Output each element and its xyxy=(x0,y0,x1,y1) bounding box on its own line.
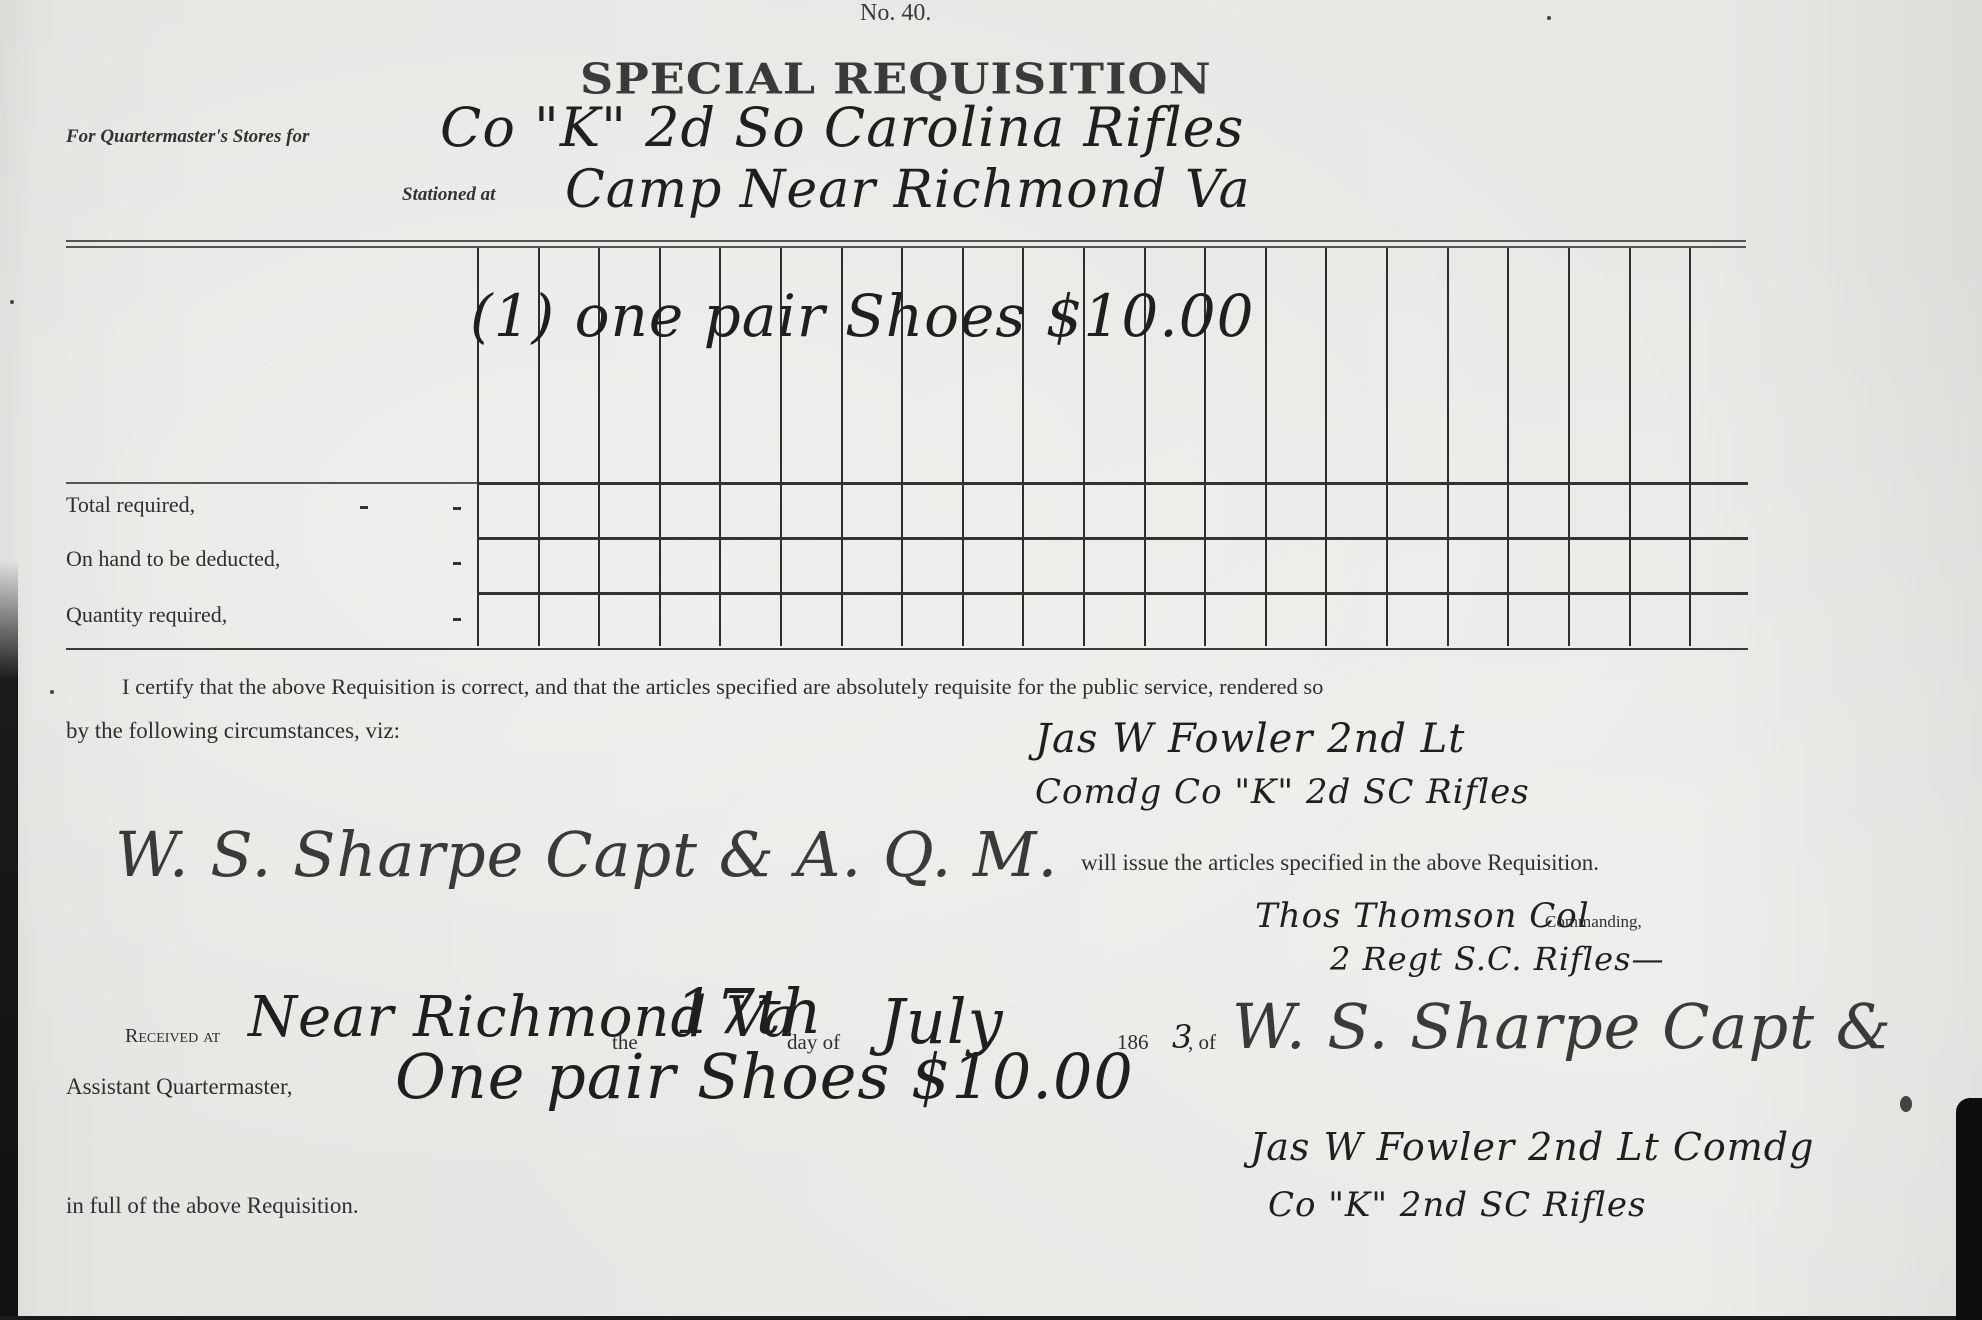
table-column-line xyxy=(1447,248,1449,646)
in-full-label: in full of the above Requisition. xyxy=(66,1193,359,1219)
margin-dot xyxy=(50,690,54,694)
line-item-entry: (1) one pair Shoes $10.00 xyxy=(470,282,1255,350)
certifier-signature-line2: Comdg Co "K" 2d SC Rifles xyxy=(1035,772,1530,812)
row-label-total-required: Total required, xyxy=(66,492,195,518)
ink-blot xyxy=(1900,1096,1912,1112)
stores-for-label: For Quartermaster's Stores for xyxy=(66,126,309,148)
scan-edge-left xyxy=(0,560,18,1320)
commander-unit: 2 Regt S.C. Rifles— xyxy=(1330,940,1664,978)
table-column-line xyxy=(1568,248,1570,646)
scan-edge-right xyxy=(1956,1098,1982,1320)
items-received: One pair Shoes $10.00 xyxy=(395,1040,1134,1113)
table-column-line xyxy=(1265,248,1267,646)
receipt-from-officer: W. S. Sharpe Capt & xyxy=(1232,990,1892,1063)
scan-edge-bottom xyxy=(0,1316,1982,1320)
certifier-signature-line1: Jas W Fowler 2nd Lt xyxy=(1035,716,1465,762)
receipt-signature-line2: Co "K" 2nd SC Rifles xyxy=(1268,1185,1647,1225)
commanding-label: Commanding, xyxy=(1545,912,1642,932)
certification-text-line2: by the following circumstances, viz: xyxy=(66,718,400,744)
of-label: , of xyxy=(1188,1030,1216,1055)
certification-text-line1: I certify that the above Requisition is … xyxy=(122,674,1323,700)
table-column-line xyxy=(1325,248,1327,646)
assistant-quartermaster-label: Assistant Quartermaster, xyxy=(66,1074,292,1100)
table-column-line xyxy=(1386,248,1388,646)
commander-signature: Thos Thomson Col xyxy=(1255,896,1590,936)
leader-dash xyxy=(453,562,461,565)
stores-for-value: Co "K" 2d So Carolina Rifles xyxy=(440,96,1244,159)
form-number: No. 40. xyxy=(860,0,931,27)
row-label-quantity-required: Quantity required, xyxy=(66,602,227,628)
ink-speck xyxy=(1547,16,1551,20)
received-at-label: Received at xyxy=(125,1025,220,1048)
issuing-officer: W. S. Sharpe Capt & A. Q. M. xyxy=(115,818,1058,891)
issue-order-text: will issue the articles specified in the… xyxy=(1081,850,1599,876)
label-column-rule xyxy=(66,482,477,484)
row-label-on-hand: On hand to be deducted, xyxy=(66,546,280,572)
stationed-at-value: Camp Near Richmond Va xyxy=(565,160,1251,220)
table-column-line xyxy=(1689,248,1691,646)
leader-dash xyxy=(453,618,461,621)
receipt-signature-line1: Jas W Fowler 2nd Lt Comdg xyxy=(1250,1125,1814,1169)
ink-speck xyxy=(10,300,14,304)
stationed-at-label: Stationed at xyxy=(402,184,495,206)
table-row-rule xyxy=(477,482,1748,485)
table-bottom-rule xyxy=(66,648,1748,650)
header-divider xyxy=(66,240,1746,248)
leader-dash xyxy=(453,507,461,510)
table-column-line xyxy=(1507,248,1509,646)
table-row-rule xyxy=(477,537,1748,540)
leader-dash xyxy=(360,506,368,509)
table-row-rule xyxy=(477,592,1748,595)
table-column-line xyxy=(1629,248,1631,646)
